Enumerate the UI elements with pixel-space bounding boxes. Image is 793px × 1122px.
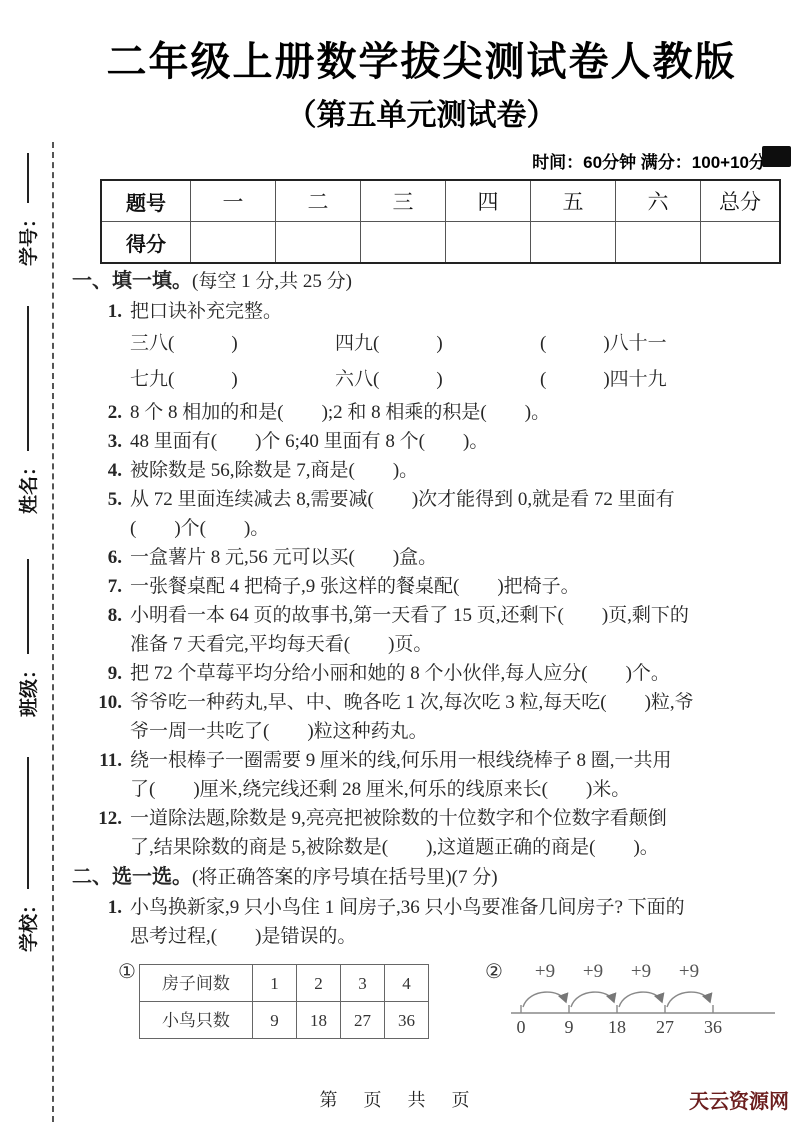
question-text: 把 72 个草莓平均分给小丽和她的 8 个小伙伴,每人应分( )个。 xyxy=(130,659,780,688)
question-5: 5. 从 72 里面连续减去 8,需要减( )次才能得到 0,就是看 72 里面… xyxy=(72,485,780,543)
score-header-cell: 总分 xyxy=(701,180,781,222)
sidebar-field-name: 姓名： xyxy=(14,306,41,514)
score-empty-cell xyxy=(361,222,446,264)
hop-arc xyxy=(667,992,710,1007)
question-7: 7. 一张餐桌配 4 把椅子,9 张这样的餐桌配( )把椅子。 xyxy=(72,572,780,601)
score-empty-cell xyxy=(191,222,276,264)
question-text: 一张餐桌配 4 把椅子,9 张这样的餐桌配( )把椅子。 xyxy=(130,572,780,601)
question-number: 2. xyxy=(72,398,130,427)
score-empty-cell xyxy=(531,222,616,264)
birds-table: 房子间数 1 2 3 4 小鸟只数 9 18 27 36 xyxy=(139,964,429,1039)
name-label: 姓名： xyxy=(14,457,41,514)
fill-cell: ( )四十九 xyxy=(540,362,667,398)
question-line: 绕一根棒子一圈需要 9 厘米的线,何乐用一根线绕棒子 8 圈,一共用 xyxy=(130,746,780,775)
section-1-note: (每空 1 分,共 25 分) xyxy=(192,271,352,292)
question-4: 4. 被除数是 56,除数是 7,商是( )。 xyxy=(72,456,780,485)
sidebar-field-class: 班级： xyxy=(14,559,41,717)
question-2: 2. 8 个 8 相加的和是( );2 和 8 相乘的积是( )。 xyxy=(72,398,780,427)
score-header-cell: 一 xyxy=(191,180,276,222)
plus-label: +9 xyxy=(583,961,603,982)
score-table: 题号 一 二 三 四 五 六 总分 得分 xyxy=(100,179,781,264)
question-line: 被除数是 56,除数是 7,商是( )。 xyxy=(130,456,780,485)
fill-cell: 三八( ) xyxy=(130,326,335,362)
page-title: 二年级上册数学拔尖测试卷人教版 xyxy=(60,30,783,87)
question-text: 一道除法题,除数是 9,亮亮把被除数的十位数字和个位数字看颠倒 了,结果除数的商… xyxy=(130,804,780,862)
tick-label: 9 xyxy=(564,1017,573,1037)
question-line: 一张餐桌配 4 把椅子,9 张这样的餐桌配( )把椅子。 xyxy=(130,572,780,601)
footer-page-label: 第 页 共 页 xyxy=(0,1086,793,1112)
table-cell: 4 xyxy=(384,965,428,1002)
question-number: 4. xyxy=(72,456,130,485)
question-8: 8. 小明看一本 64 页的故事书,第一天看了 15 页,还剩下( )页,剩下的… xyxy=(72,601,780,659)
question-line: 把 72 个草莓平均分给小丽和她的 8 个小伙伴,每人应分( )个。 xyxy=(130,659,780,688)
question-number: 7. xyxy=(72,572,130,601)
question-text: 爷爷吃一种药丸,早、中、晚各吃 1 次,每次吃 3 粒,每天吃( )粒,爷 爷一… xyxy=(130,688,780,746)
question-text: 把口诀补充完整。 三八( ) 四九( ) ( )八十一 七九( ) 六八( ) … xyxy=(130,297,780,398)
question-1: 1. 把口诀补充完整。 三八( ) 四九( ) ( )八十一 七九( ) 六八(… xyxy=(72,297,780,398)
section-2-title: 二、选一选。 xyxy=(72,866,192,888)
hop-arc xyxy=(619,992,662,1007)
hop-arc xyxy=(523,992,566,1007)
fill-row: 三八( ) 四九( ) ( )八十一 xyxy=(130,326,780,362)
tick-label: 36 xyxy=(704,1017,722,1037)
table-cell: 18 xyxy=(296,1002,340,1039)
question-line: 48 里面有( )个 6;40 里面有 8 个( )。 xyxy=(130,427,780,456)
question-11: 11. 绕一根棒子一圈需要 9 厘米的线,何乐用一根线绕棒子 8 圈,一共用 了… xyxy=(72,746,780,804)
question-line: 爷一周一共吃了( )粒这种药丸。 xyxy=(130,717,780,746)
score-header-cell: 题号 xyxy=(101,180,191,222)
question-line: 一道除法题,除数是 9,亮亮把被除数的十位数字和个位数字看颠倒 xyxy=(130,804,780,833)
numberline-diagram: +9 +9 +9 +9 0 9 18 27 36 xyxy=(507,955,779,1041)
class-label: 班级： xyxy=(14,660,41,717)
question-text: 绕一根棒子一圈需要 9 厘米的线,何乐用一根线绕棒子 8 圈,一共用 了( )厘… xyxy=(130,746,780,804)
question-text: 小明看一本 64 页的故事书,第一天看了 15 页,还剩下( )页,剩下的 准备… xyxy=(130,601,780,659)
score-header-cell: 二 xyxy=(276,180,361,222)
fill-cell: ( )八十一 xyxy=(540,326,667,362)
question-line: 爷爷吃一种药丸,早、中、晚各吃 1 次,每次吃 3 粒,每天吃( )粒,爷 xyxy=(130,688,780,717)
question-number: 12. xyxy=(72,804,130,833)
question-line: 小鸟换新家,9 只小鸟住 1 间房子,36 只小鸟要准备几间房子? 下面的 xyxy=(130,893,780,922)
question-number: 1. xyxy=(72,297,130,326)
score-header-cell: 五 xyxy=(531,180,616,222)
table-cell: 1 xyxy=(252,965,296,1002)
question-9: 9. 把 72 个草莓平均分给小丽和她的 8 个小伙伴,每人应分( )个。 xyxy=(72,659,780,688)
question-number: 1. xyxy=(72,893,130,922)
plus-label: +9 xyxy=(535,961,555,982)
page-subtitle: （第五单元测试卷） xyxy=(60,90,783,134)
table-cell: 27 xyxy=(340,1002,384,1039)
paper-body: 一、填一填。(每空 1 分,共 25 分) 1. 把口诀补充完整。 三八( ) … xyxy=(72,266,780,1041)
school-label: 学校： xyxy=(14,895,41,952)
question-number: 5. xyxy=(72,485,130,514)
scan-mark xyxy=(762,146,791,167)
table-cell: 3 xyxy=(340,965,384,1002)
sidebar-field-school: 学校： xyxy=(14,757,41,952)
question-line: 准备 7 天看完,平均每天看( )页。 xyxy=(130,630,780,659)
question-text: 小鸟换新家,9 只小鸟住 1 间房子,36 只小鸟要准备几间房子? 下面的 思考… xyxy=(130,893,780,951)
option-2-mark: ② xyxy=(485,959,503,985)
score-header-cell: 四 xyxy=(446,180,531,222)
score-empty-cell xyxy=(616,222,701,264)
choice-options-row: ① 房子间数 1 2 3 4 小鸟只数 9 18 27 36 ② xyxy=(72,959,780,1041)
sidebar-field-student-id: 学号： xyxy=(14,153,41,266)
blank-line xyxy=(26,559,29,654)
table-cell: 2 xyxy=(296,965,340,1002)
question-line: 小明看一本 64 页的故事书,第一天看了 15 页,还剩下( )页,剩下的 xyxy=(130,601,780,630)
question-number: 11. xyxy=(72,746,130,775)
question-line: 思考过程,( )是错误的。 xyxy=(130,922,780,951)
option-1-mark: ① xyxy=(118,959,136,985)
score-empty-cell xyxy=(701,222,781,264)
fill-cell: 七九( ) xyxy=(130,362,335,398)
table-row: 小鸟只数 9 18 27 36 xyxy=(139,1002,428,1039)
question-number: 3. xyxy=(72,427,130,456)
section-2-note: (将正确答案的序号填在括号里)(7 分) xyxy=(192,867,498,888)
table-cell: 9 xyxy=(252,1002,296,1039)
question-text: 一盒薯片 8 元,56 元可以买( )盒。 xyxy=(130,543,780,572)
question-line: 一盒薯片 8 元,56 元可以买( )盒。 xyxy=(130,543,780,572)
choice-option-2: ② +9 +9 +9 +9 xyxy=(485,959,779,1041)
question-number: 10. xyxy=(72,688,130,717)
hop-arc xyxy=(571,992,614,1007)
question-number: 9. xyxy=(72,659,130,688)
score-header-cell: 三 xyxy=(361,180,446,222)
section2-question-1: 1. 小鸟换新家,9 只小鸟住 1 间房子,36 只小鸟要准备几间房子? 下面的… xyxy=(72,893,780,951)
score-header-cell: 六 xyxy=(616,180,701,222)
question-line: 把口诀补充完整。 xyxy=(130,297,780,326)
table-row: 房子间数 1 2 3 4 xyxy=(139,965,428,1002)
question-text: 8 个 8 相加的和是( );2 和 8 相乘的积是( )。 xyxy=(130,398,780,427)
section-1-title: 一、填一填。 xyxy=(72,270,192,292)
plus-label: +9 xyxy=(679,961,699,982)
fill-cell: 四九( ) xyxy=(335,326,540,362)
score-empty-cell xyxy=(276,222,361,264)
question-line: ( )个( )。 xyxy=(130,514,780,543)
score-table-header-row: 题号 一 二 三 四 五 六 总分 xyxy=(101,180,780,222)
question-12: 12. 一道除法题,除数是 9,亮亮把被除数的十位数字和个位数字看颠倒 了,结果… xyxy=(72,804,780,862)
blank-line xyxy=(26,153,29,203)
fold-dashed-line xyxy=(52,142,54,1122)
question-number: 6. xyxy=(72,543,130,572)
question-text: 48 里面有( )个 6;40 里面有 8 个( )。 xyxy=(130,427,780,456)
watermark: 天云资源网 xyxy=(689,1085,789,1114)
score-label-cell: 得分 xyxy=(101,222,191,264)
choice-option-1: ① 房子间数 1 2 3 4 小鸟只数 9 18 27 36 xyxy=(118,959,429,1039)
question-text: 被除数是 56,除数是 7,商是( )。 xyxy=(130,456,780,485)
table-cell: 36 xyxy=(384,1002,428,1039)
section-1-heading: 一、填一填。(每空 1 分,共 25 分) xyxy=(72,266,780,297)
student-id-label: 学号： xyxy=(14,209,41,266)
question-line: 了( )厘米,绕完线还剩 28 厘米,何乐的线原来长( )米。 xyxy=(130,775,780,804)
score-empty-cell xyxy=(446,222,531,264)
tick-label: 27 xyxy=(656,1017,674,1037)
exam-meta: 时间：60分钟 满分：100+10分 xyxy=(532,148,766,173)
tick-label: 0 xyxy=(516,1017,525,1037)
plus-label: +9 xyxy=(631,961,651,982)
question-line: 从 72 里面连续减去 8,需要减( )次才能得到 0,就是看 72 里面有 xyxy=(130,485,780,514)
question-number: 8. xyxy=(72,601,130,630)
section-2-heading: 二、选一选。(将正确答案的序号填在括号里)(7 分) xyxy=(72,862,780,893)
question-3: 3. 48 里面有( )个 6;40 里面有 8 个( )。 xyxy=(72,427,780,456)
fill-row: 七九( ) 六八( ) ( )四十九 xyxy=(130,362,780,398)
table-cell: 小鸟只数 xyxy=(139,1002,252,1039)
question-6: 6. 一盒薯片 8 元,56 元可以买( )盒。 xyxy=(72,543,780,572)
table-cell: 房子间数 xyxy=(139,965,252,1002)
tick-label: 18 xyxy=(608,1017,626,1037)
question-line: 了,结果除数的商是 5,被除数是( ),这道题正确的商是( )。 xyxy=(130,833,780,862)
blank-line xyxy=(26,306,29,451)
question-10: 10. 爷爷吃一种药丸,早、中、晚各吃 1 次,每次吃 3 粒,每天吃( )粒,… xyxy=(72,688,780,746)
score-table-score-row: 得分 xyxy=(101,222,780,264)
question-line: 8 个 8 相加的和是( );2 和 8 相乘的积是( )。 xyxy=(130,398,780,427)
fill-cell: 六八( ) xyxy=(335,362,540,398)
blank-line xyxy=(26,757,29,889)
question-text: 从 72 里面连续减去 8,需要减( )次才能得到 0,就是看 72 里面有 (… xyxy=(130,485,780,543)
